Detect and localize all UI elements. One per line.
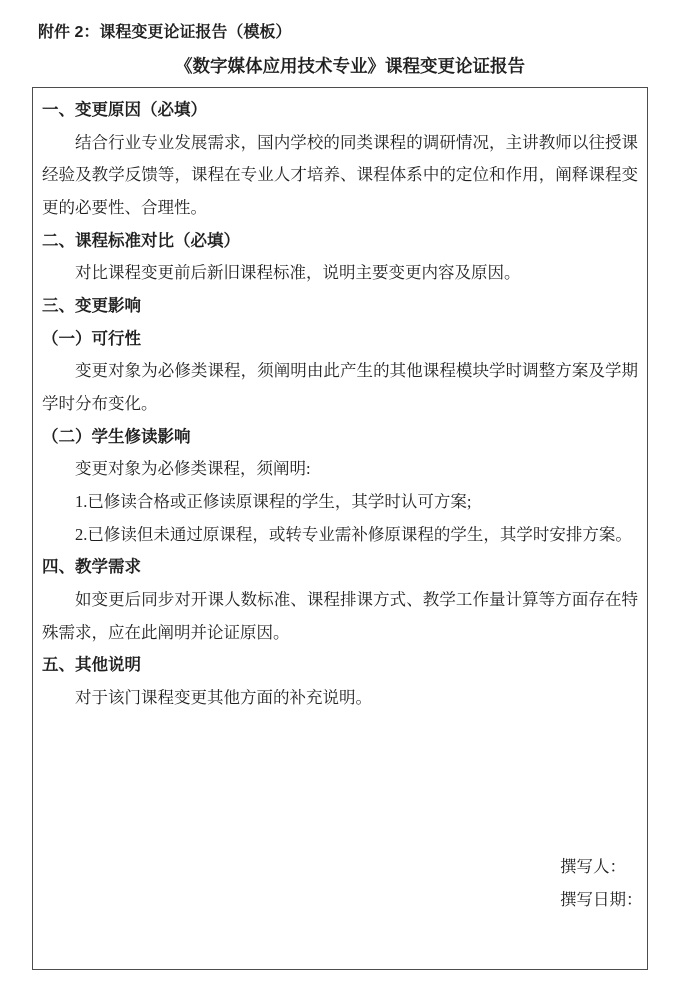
- report-section-standard-comparison: 二、课程标准对比（必填） 对比课程变更前后新旧课程标准，说明主要变更内容及原因。: [42, 225, 638, 290]
- section-heading: 一、变更原因（必填）: [42, 94, 638, 127]
- report-section-change-reason: 一、变更原因（必填） 结合行业专业发展需求，国内学校的同类课程的调研情况，主讲教…: [42, 94, 638, 225]
- section-paragraph: 对于该门课程变更其他方面的补充说明。: [42, 682, 638, 715]
- section-paragraph: 变更对象为必修类课程，须阐明:: [42, 453, 638, 486]
- section-paragraph: 对比课程变更前后新旧课程标准，说明主要变更内容及原因。: [42, 257, 638, 290]
- section-heading: 三、变更影响: [42, 290, 638, 323]
- report-section-teaching-needs: 四、教学需求 如变更后同步对开课人数标准、课程排课方式、教学工作量计算等方面存在…: [42, 551, 638, 649]
- report-box: 一、变更原因（必填） 结合行业专业发展需求，国内学校的同类课程的调研情况，主讲教…: [32, 87, 648, 970]
- page-title: 《数字媒体应用技术专业》课程变更论证报告: [0, 53, 700, 79]
- signature-writer-label: 撰写人：: [560, 851, 638, 884]
- section-paragraph: 变更对象为必修类课程，须阐明由此产生的其他课程模块学时调整方案及学期学时分布变化…: [42, 355, 638, 420]
- report-subsection-student-impact: （二）学生修读影响 变更对象为必修类课程，须阐明: 1.已修读合格或正修读原课程…: [42, 421, 638, 552]
- signature-date-label: 撰写日期：: [560, 884, 638, 917]
- section-heading: 四、教学需求: [42, 551, 638, 584]
- report-subsection-feasibility: （一）可行性 变更对象为必修类课程，须阐明由此产生的其他课程模块学时调整方案及学…: [42, 323, 638, 421]
- section-paragraph: 1.已修读合格或正修读原课程的学生，其学时认可方案;: [42, 486, 638, 519]
- section-paragraph: 2.已修读但未通过原课程，或转专业需补修原课程的学生，其学时安排方案。: [42, 519, 638, 552]
- section-heading: 五、其他说明: [42, 649, 638, 682]
- section-paragraph: 结合行业专业发展需求，国内学校的同类课程的调研情况，主讲教师以往授课经验及教学反…: [42, 127, 638, 225]
- section-heading: 二、课程标准对比（必填）: [42, 225, 638, 258]
- section-heading: （一）可行性: [42, 323, 638, 356]
- signature-block: 撰写人： 撰写日期：: [560, 851, 638, 916]
- section-paragraph: 如变更后同步对开课人数标准、课程排课方式、教学工作量计算等方面存在特殊需求，应在…: [42, 584, 638, 649]
- report-section-other-notes: 五、其他说明 对于该门课程变更其他方面的补充说明。: [42, 649, 638, 714]
- report-section-change-impact: 三、变更影响: [42, 290, 638, 323]
- attachment-label: 附件 2：课程变更论证报告（模板）: [38, 21, 291, 45]
- section-heading: （二）学生修读影响: [42, 421, 638, 454]
